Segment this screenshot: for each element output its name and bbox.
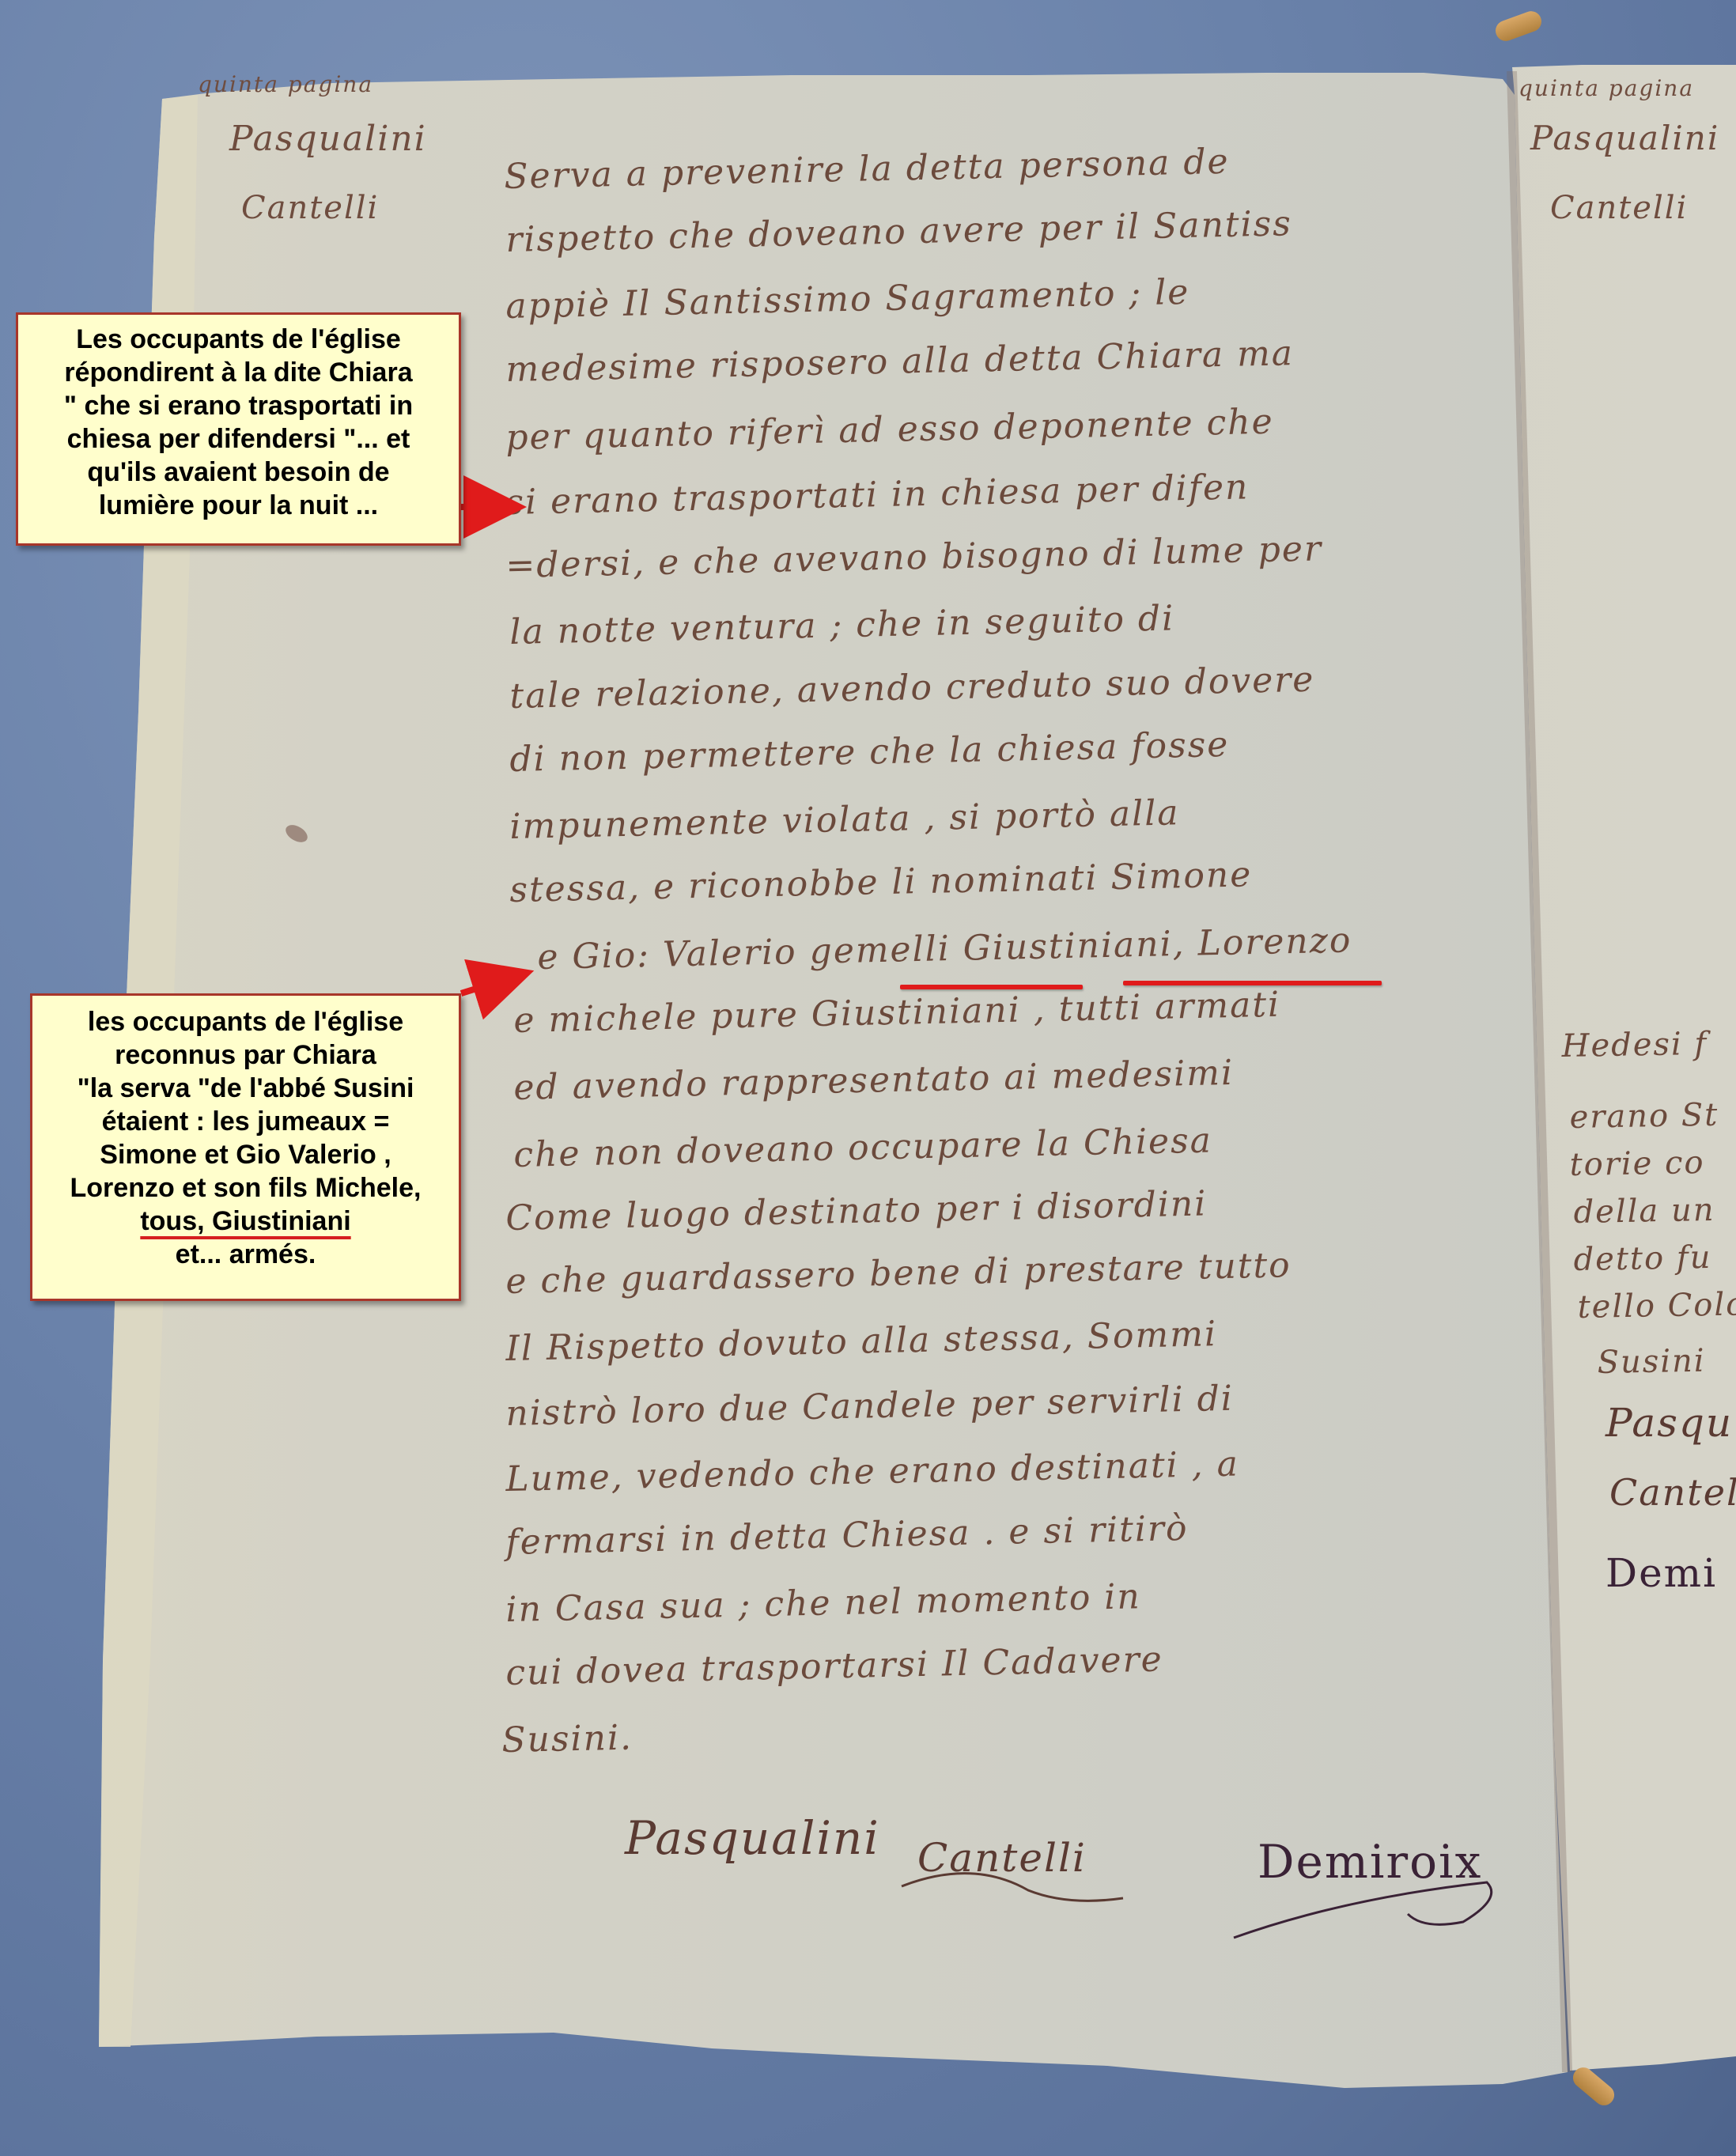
callout-1-line: répondirent à la dite Chiara	[18, 356, 459, 389]
callout-1-line: " che si erano trasportati in	[18, 389, 459, 422]
callout-2-line: et... armés.	[32, 1238, 459, 1271]
callout-1-line: qu'ils avaient besoin de	[18, 456, 459, 489]
callout-2-line: "la serva "de l'abbé Susini	[32, 1072, 459, 1105]
callout-2-line: Simone et Gio Valerio ,	[32, 1138, 459, 1171]
arrow-2-icon	[461, 974, 522, 993]
callout-1-line: chiesa per difendersi "... et	[18, 422, 459, 456]
callout-2-line: Lorenzo et son fils Michele,	[32, 1171, 459, 1205]
callout-1-line: Les occupants de l'église	[18, 323, 459, 356]
callout-2-underlined-line: tous, Giustiniani	[140, 1206, 350, 1236]
annotation-callout-1: Les occupants de l'église répondirent à …	[16, 312, 461, 546]
callout-2-line: étaient : les jumeaux =	[32, 1105, 459, 1138]
photo-stage: quinta pagina Pasqualini Cantelli Serva …	[0, 0, 1736, 2156]
callout-2-line: les occupants de l'église	[32, 1005, 459, 1038]
callout-2-line: reconnus par Chiara	[32, 1038, 459, 1072]
annotation-callout-2: les occupants de l'église reconnus par C…	[30, 993, 461, 1301]
callout-1-line: lumière pour la nuit ...	[18, 489, 459, 522]
